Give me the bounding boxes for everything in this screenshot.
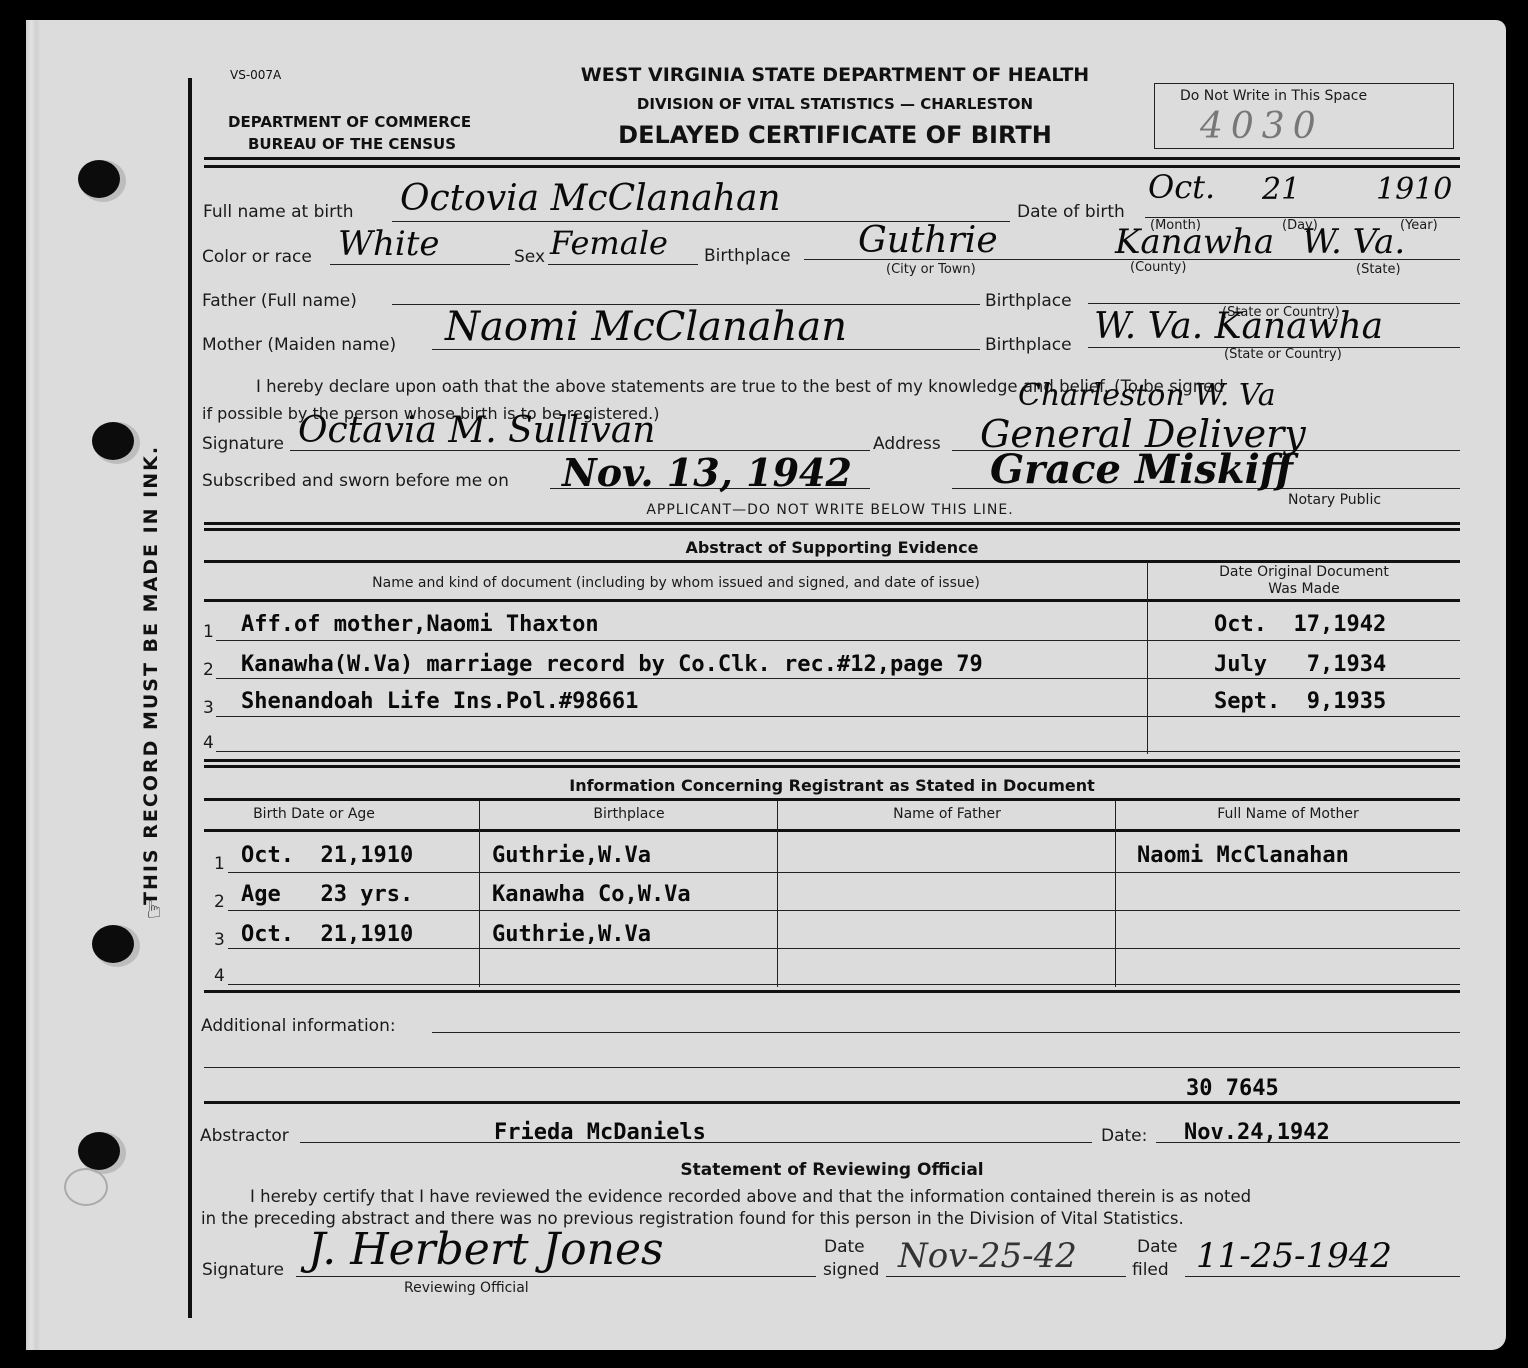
birthplace-county[interactable]: Kanawha bbox=[1115, 222, 1274, 262]
evidence-header-rule bbox=[204, 599, 1460, 602]
abstractor-value[interactable]: Frieda McDaniels bbox=[494, 1120, 706, 1145]
office-use-number: 4030 bbox=[1200, 106, 1324, 147]
evidence-col-document: Name and kind of document (including by … bbox=[204, 575, 1148, 591]
evidence-row-document[interactable]: Aff.of mother,Naomi Thaxton bbox=[241, 612, 599, 637]
notary-caption: Notary Public bbox=[1288, 492, 1381, 508]
race-line bbox=[330, 264, 510, 265]
date-signed-value[interactable]: Nov-25-42 bbox=[898, 1236, 1077, 1276]
date-signed-label-1: Date bbox=[824, 1237, 865, 1257]
info-row-line bbox=[228, 948, 1460, 949]
race-label: Color or race bbox=[202, 247, 312, 267]
info-row-number: 2 bbox=[214, 892, 225, 912]
date-signed-line bbox=[886, 1276, 1126, 1277]
form-number: VS-007A bbox=[230, 68, 281, 82]
evidence-row-date[interactable]: July 7,1934 bbox=[1214, 652, 1386, 677]
page-edge-stack bbox=[26, 20, 40, 1350]
info-col-mother: Full Name of Mother bbox=[1116, 806, 1460, 822]
applicant-notice: APPLICANT—DO NOT WRITE BELOW THIS LINE. bbox=[580, 502, 1080, 518]
date-filed-label-1: Date bbox=[1137, 1237, 1178, 1257]
father-label: Father (Full name) bbox=[202, 291, 357, 311]
additional-line-2 bbox=[204, 1067, 1460, 1068]
abstractor-date-label: Date: bbox=[1101, 1126, 1147, 1146]
dob-day[interactable]: 21 bbox=[1262, 172, 1300, 207]
dob-year[interactable]: 1910 bbox=[1376, 172, 1452, 207]
evidence-row-line bbox=[216, 751, 1460, 752]
info-row-line bbox=[228, 910, 1460, 911]
year-caption: (Year) bbox=[1400, 218, 1438, 233]
review-title: Statement of Reviewing Official bbox=[204, 1160, 1460, 1180]
date-filed-value[interactable]: 11-25-1942 bbox=[1196, 1236, 1392, 1276]
state-caption: (State) bbox=[1356, 262, 1401, 277]
evidence-row-line bbox=[216, 678, 1460, 679]
signature-label: Signature bbox=[202, 434, 284, 454]
applicant-signature[interactable]: Octavia M. Sullivan bbox=[298, 410, 656, 451]
info-row-birth[interactable]: Oct. 21,1910 bbox=[241, 843, 413, 868]
reviewer-signature[interactable]: J. Herbert Jones bbox=[308, 1224, 664, 1275]
evidence-bottom-rule bbox=[204, 759, 1460, 762]
info-col-birthplace: Birthplace bbox=[480, 806, 778, 822]
city-caption: (City or Town) bbox=[886, 262, 976, 277]
info-row-birthplace[interactable]: Guthrie,W.Va bbox=[492, 843, 651, 868]
birthplace-label: Birthplace bbox=[704, 246, 791, 266]
review-text-1: I hereby certify that I have reviewed th… bbox=[250, 1187, 1251, 1206]
agency-line-1: DEPARTMENT OF COMMERCE bbox=[228, 113, 471, 131]
address-line-1[interactable]: Charleston W. Va bbox=[1018, 378, 1276, 413]
evidence-title: Abstract of Supporting Evidence bbox=[204, 538, 1460, 557]
form-title-2: DIVISION OF VITAL STATISTICS — CHARLESTO… bbox=[540, 95, 1130, 113]
left-margin-rule bbox=[188, 78, 192, 1318]
binder-hole-2 bbox=[92, 422, 134, 460]
evidence-row-number: 3 bbox=[203, 698, 214, 718]
info-col-birth: Birth Date or Age bbox=[204, 806, 424, 822]
date-filed-line bbox=[1185, 1276, 1460, 1277]
binder-hole-3 bbox=[92, 925, 134, 963]
evidence-row-number: 4 bbox=[203, 733, 214, 753]
info-top-rule-1 bbox=[204, 765, 1460, 768]
dob-month[interactable]: Oct. bbox=[1148, 168, 1215, 206]
evidence-col-divider bbox=[1147, 562, 1148, 754]
state-country-caption-2: (State or Country) bbox=[1224, 347, 1342, 362]
evidence-row-number: 2 bbox=[203, 660, 214, 680]
sworn-label: Subscribed and sworn before me on bbox=[202, 471, 509, 491]
form-title-3: DELAYED CERTIFICATE OF BIRTH bbox=[540, 121, 1130, 149]
abstractor-date-value[interactable]: Nov.24,1942 bbox=[1184, 1120, 1330, 1145]
info-title-rule bbox=[204, 798, 1460, 801]
full-name-value[interactable]: Octovia McClanahan bbox=[400, 178, 781, 219]
race-value[interactable]: White bbox=[338, 224, 440, 264]
additional-label: Additional information: bbox=[201, 1016, 396, 1036]
father-birthplace-label: Birthplace bbox=[985, 291, 1072, 311]
reviewer-caption: Reviewing Official bbox=[404, 1280, 529, 1296]
mother-value[interactable]: Naomi McClanahan bbox=[445, 304, 847, 350]
sex-value[interactable]: Female bbox=[550, 224, 668, 262]
info-col-father: Name of Father bbox=[778, 806, 1116, 822]
office-use-label: Do Not Write in This Space bbox=[1180, 88, 1367, 104]
info-bottom-rule bbox=[204, 990, 1460, 993]
info-row-birthplace[interactable]: Kanawha Co,W.Va bbox=[492, 882, 691, 907]
binder-hole-4 bbox=[78, 1132, 120, 1170]
pointing-hand-icon: ☞ bbox=[140, 898, 168, 920]
info-row-line bbox=[228, 984, 1460, 985]
evidence-title-rule bbox=[204, 560, 1460, 563]
review-signature-line bbox=[296, 1276, 816, 1277]
info-row-mother[interactable]: Naomi McClanahan bbox=[1137, 843, 1349, 868]
evidence-row-document[interactable]: Kanawha(W.Va) marriage record by Co.Clk.… bbox=[241, 652, 983, 677]
evidence-row-line bbox=[216, 716, 1460, 717]
binder-hole-1 bbox=[78, 160, 120, 198]
notary-signature[interactable]: Grace Miskiff bbox=[990, 446, 1293, 493]
evidence-row-number: 1 bbox=[203, 622, 214, 642]
info-col-divider-2 bbox=[777, 801, 778, 987]
evidence-top-rule-1 bbox=[204, 522, 1460, 525]
header-rule bbox=[204, 157, 1460, 160]
info-row-number: 4 bbox=[214, 966, 225, 986]
additional-line-1 bbox=[432, 1032, 1460, 1033]
info-row-number: 3 bbox=[214, 930, 225, 950]
info-row-birth[interactable]: Oct. 21,1910 bbox=[241, 922, 413, 947]
full-name-label: Full name at birth bbox=[203, 202, 354, 222]
birthplace-state[interactable]: W. Va. bbox=[1302, 222, 1405, 262]
address-label: Address bbox=[873, 434, 941, 454]
info-header-rule bbox=[204, 829, 1460, 832]
ink-notice: THIS RECORD MUST BE MADE IN INK. bbox=[140, 445, 162, 905]
mother-birthplace-label: Birthplace bbox=[985, 335, 1072, 355]
info-title: Information Concerning Registrant as Sta… bbox=[204, 776, 1460, 795]
info-col-divider-1 bbox=[479, 801, 480, 987]
date-signed-label-2: signed bbox=[823, 1260, 879, 1280]
evidence-col-date-1: Date Original Document bbox=[1148, 564, 1460, 580]
county-caption: (County) bbox=[1130, 260, 1186, 275]
mother-birthplace-value[interactable]: W. Va. Kanawha bbox=[1094, 306, 1383, 347]
header-rule-2 bbox=[204, 165, 1460, 168]
father-birthplace-line bbox=[1088, 303, 1460, 304]
evidence-row-line bbox=[216, 640, 1460, 641]
info-row-line bbox=[228, 872, 1460, 873]
sex-line bbox=[548, 264, 698, 265]
birthplace-city[interactable]: Guthrie bbox=[858, 220, 998, 261]
info-row-number: 1 bbox=[214, 854, 225, 874]
evidence-row-date[interactable]: Oct. 17,1942 bbox=[1214, 612, 1386, 637]
evidence-row-date[interactable]: Sept. 9,1935 bbox=[1214, 689, 1386, 714]
form-title-1: WEST VIRGINIA STATE DEPARTMENT OF HEALTH bbox=[540, 64, 1130, 86]
sworn-date[interactable]: Nov. 13, 1942 bbox=[562, 450, 852, 495]
sex-label: Sex bbox=[514, 247, 545, 267]
info-row-birthplace[interactable]: Guthrie,W.Va bbox=[492, 922, 651, 947]
file-number: 30 7645 bbox=[1186, 1076, 1279, 1101]
binder-hole-reinforcement bbox=[64, 1168, 108, 1206]
additional-bottom-rule bbox=[204, 1101, 1460, 1104]
date-filed-label-2: filed bbox=[1132, 1260, 1169, 1280]
agency-line-2: BUREAU OF THE CENSUS bbox=[248, 135, 456, 153]
evidence-col-date-2: Was Made bbox=[1148, 581, 1460, 597]
review-signature-label: Signature bbox=[202, 1260, 284, 1280]
info-row-birth[interactable]: Age 23 yrs. bbox=[241, 882, 413, 907]
mother-label: Mother (Maiden name) bbox=[202, 335, 396, 355]
abstractor-label: Abstractor bbox=[200, 1126, 289, 1146]
info-col-divider-3 bbox=[1115, 801, 1116, 987]
evidence-top-rule-2 bbox=[204, 528, 1460, 531]
dob-label: Date of birth bbox=[1017, 202, 1125, 222]
evidence-row-document[interactable]: Shenandoah Life Ins.Pol.#98661 bbox=[241, 689, 638, 714]
